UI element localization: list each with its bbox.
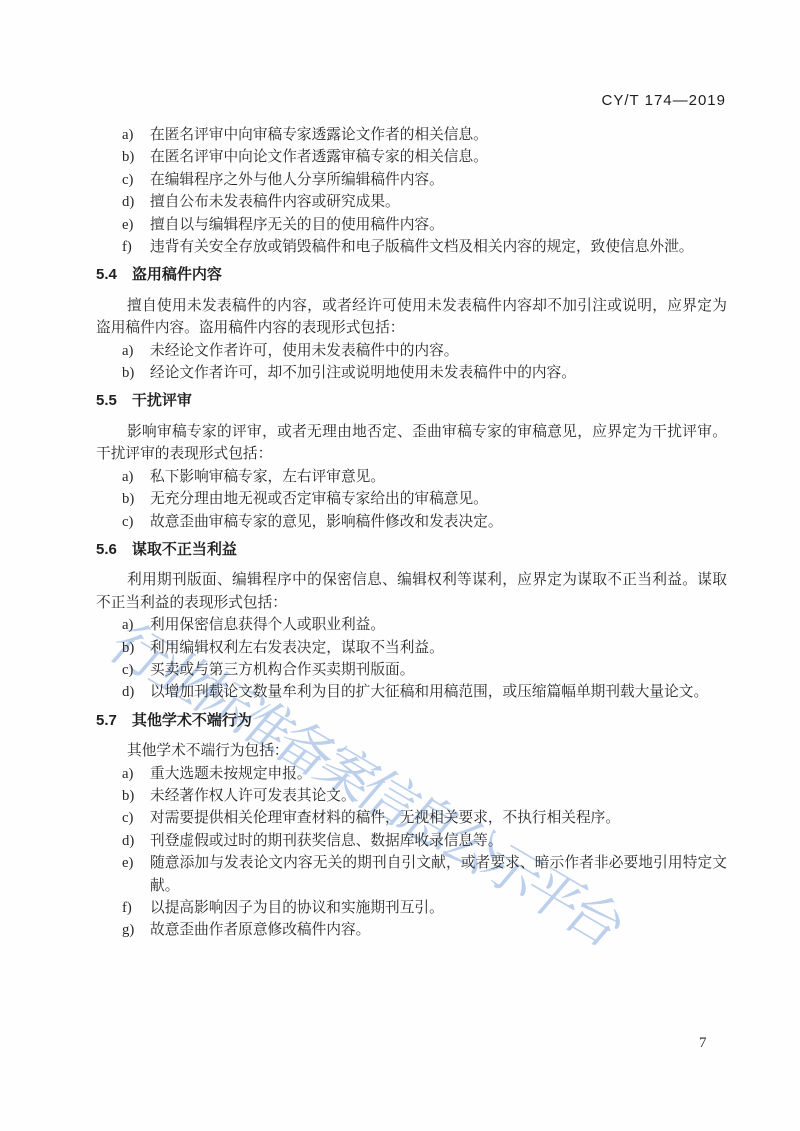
list-item: e) 随意添加与发表论文内容无关的期刊自引文献，或者要求、暗示作者非必要地引用特… bbox=[96, 852, 727, 897]
section-paragraph: 擅自使用未发表稿件的内容，或者经许可使用未发表稿件内容却不加引注或说明，应界定为… bbox=[96, 295, 727, 340]
list-item: a) 在匿名评审中向审稿专家透露论文作者的相关信息。 bbox=[96, 124, 727, 146]
list-item: a) 未经论文作者许可，使用未发表稿件中的内容。 bbox=[96, 340, 727, 362]
item-label: b) bbox=[122, 146, 134, 168]
item-text: 私下影响审稿专家，左右评审意见。 bbox=[150, 469, 385, 485]
section-heading-5-6: 5.6谋取不正当利益 bbox=[96, 539, 727, 561]
section-heading-5-7: 5.7其他学术不端行为 bbox=[96, 710, 727, 732]
list-item: b) 利用编辑权利左右发表决定，谋取不当利益。 bbox=[96, 637, 727, 659]
item-text: 买卖或与第三方机构合作买卖期刊版面。 bbox=[150, 662, 414, 678]
list-item: a) 重大选题未按规定申报。 bbox=[96, 763, 727, 785]
list-item: b) 无充分理由地无视或否定审稿专家给出的审稿意见。 bbox=[96, 488, 727, 510]
item-label: b) bbox=[122, 637, 134, 659]
item-text: 经论文作者许可，却不加引注或说明地使用未发表稿件中的内容。 bbox=[150, 365, 576, 381]
item-text: 对需要提供相关伦理审查材料的稿件，无视相关要求，不执行相关程序。 bbox=[150, 810, 620, 826]
item-text: 在编辑程序之外与他人分享所编辑稿件内容。 bbox=[150, 172, 444, 188]
item-label: d) bbox=[122, 191, 134, 213]
item-text: 在匿名评审中向论文作者透露审稿专家的相关信息。 bbox=[150, 149, 488, 165]
section-number: 5.6 bbox=[96, 541, 117, 558]
item-label: d) bbox=[122, 681, 134, 703]
section-paragraph: 影响审稿专家的评审，或者无理由地否定、歪曲审稿专家的审稿意见，应界定为干扰评审。… bbox=[96, 421, 727, 466]
item-text: 利用保密信息获得个人或职业利益。 bbox=[150, 617, 385, 633]
item-label: f) bbox=[122, 897, 132, 919]
item-label: a) bbox=[122, 124, 133, 146]
document-page: 行业标准备案信息公示平台 CY/T 174—2019 a) 在匿名评审中向审稿专… bbox=[0, 0, 800, 1131]
item-label: e) bbox=[122, 214, 133, 236]
item-text: 故意歪曲审稿专家的意见，影响稿件修改和发表决定。 bbox=[150, 514, 503, 530]
list-item: c) 对需要提供相关伦理审查材料的稿件，无视相关要求，不执行相关程序。 bbox=[96, 807, 727, 829]
list-item: d) 擅自公布未发表稿件内容或研究成果。 bbox=[96, 191, 727, 213]
item-text: 故意歪曲作者原意修改稿件内容。 bbox=[150, 922, 370, 938]
list-item: c) 故意歪曲审稿专家的意见，影响稿件修改和发表决定。 bbox=[96, 511, 727, 533]
section-number: 5.5 bbox=[96, 392, 117, 409]
item-text: 在匿名评审中向审稿专家透露论文作者的相关信息。 bbox=[150, 127, 488, 143]
item-text: 随意添加与发表论文内容无关的期刊自引文献，或者要求、暗示作者非必要地引用特定文献… bbox=[150, 855, 727, 893]
item-label: c) bbox=[122, 511, 133, 533]
page-number: 7 bbox=[699, 1035, 707, 1052]
list-item: b) 经论文作者许可，却不加引注或说明地使用未发表稿件中的内容。 bbox=[96, 362, 727, 384]
item-text: 未经著作权人许可发表其论文。 bbox=[150, 788, 356, 804]
section-title: 其他学术不端行为 bbox=[132, 712, 252, 729]
list-item: a) 私下影响审稿专家，左右评审意见。 bbox=[96, 466, 727, 488]
section-title: 盗用稿件内容 bbox=[132, 266, 222, 283]
item-label: b) bbox=[122, 785, 134, 807]
item-label: e) bbox=[122, 852, 133, 874]
section-heading-5-5: 5.5干扰评审 bbox=[96, 390, 727, 412]
item-text: 违背有关安全存放或销毁稿件和电子版稿件文档及相关内容的规定，致使信息外泄。 bbox=[150, 239, 693, 255]
item-label: d) bbox=[122, 830, 134, 852]
item-label: c) bbox=[122, 807, 133, 829]
list-item: d) 刊登虚假或过时的期刊获奖信息、数据库收录信息等。 bbox=[96, 830, 727, 852]
section-title: 干扰评审 bbox=[132, 392, 192, 409]
section-number: 5.4 bbox=[96, 266, 117, 283]
section-paragraph: 其他学术不端行为包括： bbox=[96, 740, 727, 762]
item-label: a) bbox=[122, 340, 133, 362]
item-text: 未经论文作者许可，使用未发表稿件中的内容。 bbox=[150, 343, 458, 359]
item-text: 重大选题未按规定申报。 bbox=[150, 766, 312, 782]
item-text: 以提高影响因子为目的协议和实施期刊互引。 bbox=[150, 900, 444, 916]
list-item: b) 在匿名评审中向论文作者透露审稿专家的相关信息。 bbox=[96, 146, 727, 168]
list-item: a) 利用保密信息获得个人或职业利益。 bbox=[96, 614, 727, 636]
list-item: f) 违背有关安全存放或销毁稿件和电子版稿件文档及相关内容的规定，致使信息外泄。 bbox=[96, 236, 727, 258]
item-label: a) bbox=[122, 614, 133, 636]
item-text: 擅自以与编辑程序无关的目的使用稿件内容。 bbox=[150, 217, 444, 233]
item-label: g) bbox=[122, 919, 134, 941]
item-label: f) bbox=[122, 236, 132, 258]
item-text: 刊登虚假或过时的期刊获奖信息、数据库收录信息等。 bbox=[150, 833, 503, 849]
item-text: 利用编辑权利左右发表决定，谋取不当利益。 bbox=[150, 640, 444, 656]
list-item: c) 买卖或与第三方机构合作买卖期刊版面。 bbox=[96, 659, 727, 681]
standard-number: CY/T 174—2019 bbox=[602, 92, 726, 109]
item-text: 无充分理由地无视或否定审稿专家给出的审稿意见。 bbox=[150, 491, 488, 507]
item-label: b) bbox=[122, 488, 134, 510]
item-text: 擅自公布未发表稿件内容或研究成果。 bbox=[150, 194, 400, 210]
list-item: f) 以提高影响因子为目的协议和实施期刊互引。 bbox=[96, 897, 727, 919]
item-text: 以增加刊载论文数量牟利为目的扩大征稿和用稿范围，或压缩篇幅单期刊载大量论文。 bbox=[150, 684, 708, 700]
document-body: a) 在匿名评审中向审稿专家透露论文作者的相关信息。 b) 在匿名评审中向论文作… bbox=[96, 124, 727, 942]
list-item: b) 未经著作权人许可发表其论文。 bbox=[96, 785, 727, 807]
section-paragraph: 利用期刊版面、编辑程序中的保密信息、编辑权利等谋利，应界定为谋取不正当利益。谋取… bbox=[96, 569, 727, 614]
list-item: e) 擅自以与编辑程序无关的目的使用稿件内容。 bbox=[96, 214, 727, 236]
list-item: d) 以增加刊载论文数量牟利为目的扩大征稿和用稿范围，或压缩篇幅单期刊载大量论文… bbox=[96, 681, 727, 703]
item-label: c) bbox=[122, 659, 133, 681]
section-heading-5-4: 5.4盗用稿件内容 bbox=[96, 264, 727, 286]
item-label: a) bbox=[122, 466, 133, 488]
list-item: g) 故意歪曲作者原意修改稿件内容。 bbox=[96, 919, 727, 941]
section-title: 谋取不正当利益 bbox=[132, 541, 237, 558]
item-label: a) bbox=[122, 763, 133, 785]
item-label: b) bbox=[122, 362, 134, 384]
section-number: 5.7 bbox=[96, 712, 117, 729]
item-label: c) bbox=[122, 169, 133, 191]
list-item: c) 在编辑程序之外与他人分享所编辑稿件内容。 bbox=[96, 169, 727, 191]
